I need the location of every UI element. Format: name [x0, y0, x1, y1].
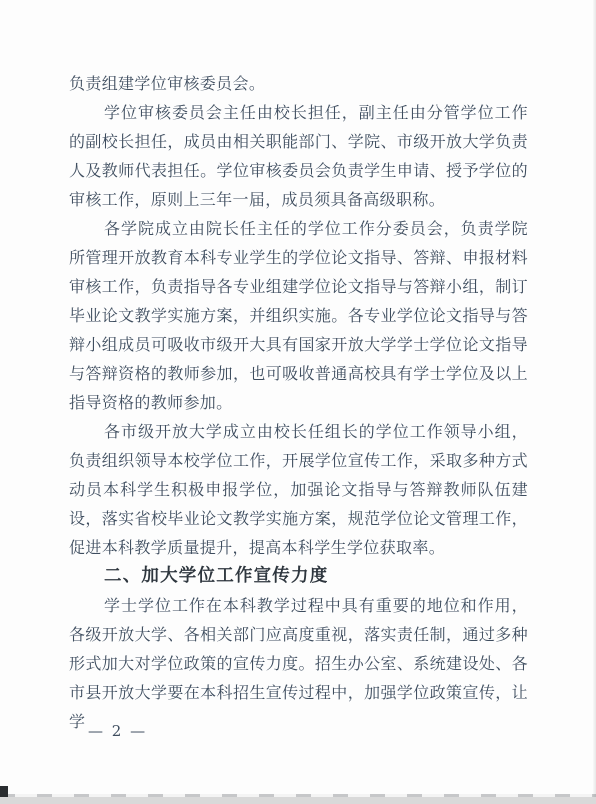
- scanned-document-page: 负责组建学位审核委员会。 学位审核委员会主任由校长担任，副主任由分管学位工作的副…: [0, 0, 596, 804]
- body-paragraph-continuation: 负责组建学位审核委员会。: [69, 69, 528, 98]
- scan-bottom-edge-artifact: [0, 797, 596, 804]
- body-paragraph: 各市级开放大学成立由校长任组长的学位工作领导小组，负责组织领导本校学位工作，开展…: [69, 417, 528, 562]
- body-paragraph: 学士学位工作在本科教学过程中具有重要的地位和作用，各级开放大学、各相关部门应高度…: [69, 591, 528, 736]
- document-body: 负责组建学位审核委员会。 学位审核委员会主任由校长担任，副主任由分管学位工作的副…: [69, 69, 528, 736]
- section-heading: 二、加大学位工作宣传力度: [69, 562, 528, 591]
- page-number: — 2 —: [88, 722, 147, 740]
- body-paragraph: 各学院成立由院长任主任的学位工作分委员会，负责学院所管理开放教育本科专业学生的学…: [69, 214, 528, 417]
- body-paragraph: 学位审核委员会主任由校长担任，副主任由分管学位工作的副校长担任，成员由相关职能部…: [69, 98, 528, 214]
